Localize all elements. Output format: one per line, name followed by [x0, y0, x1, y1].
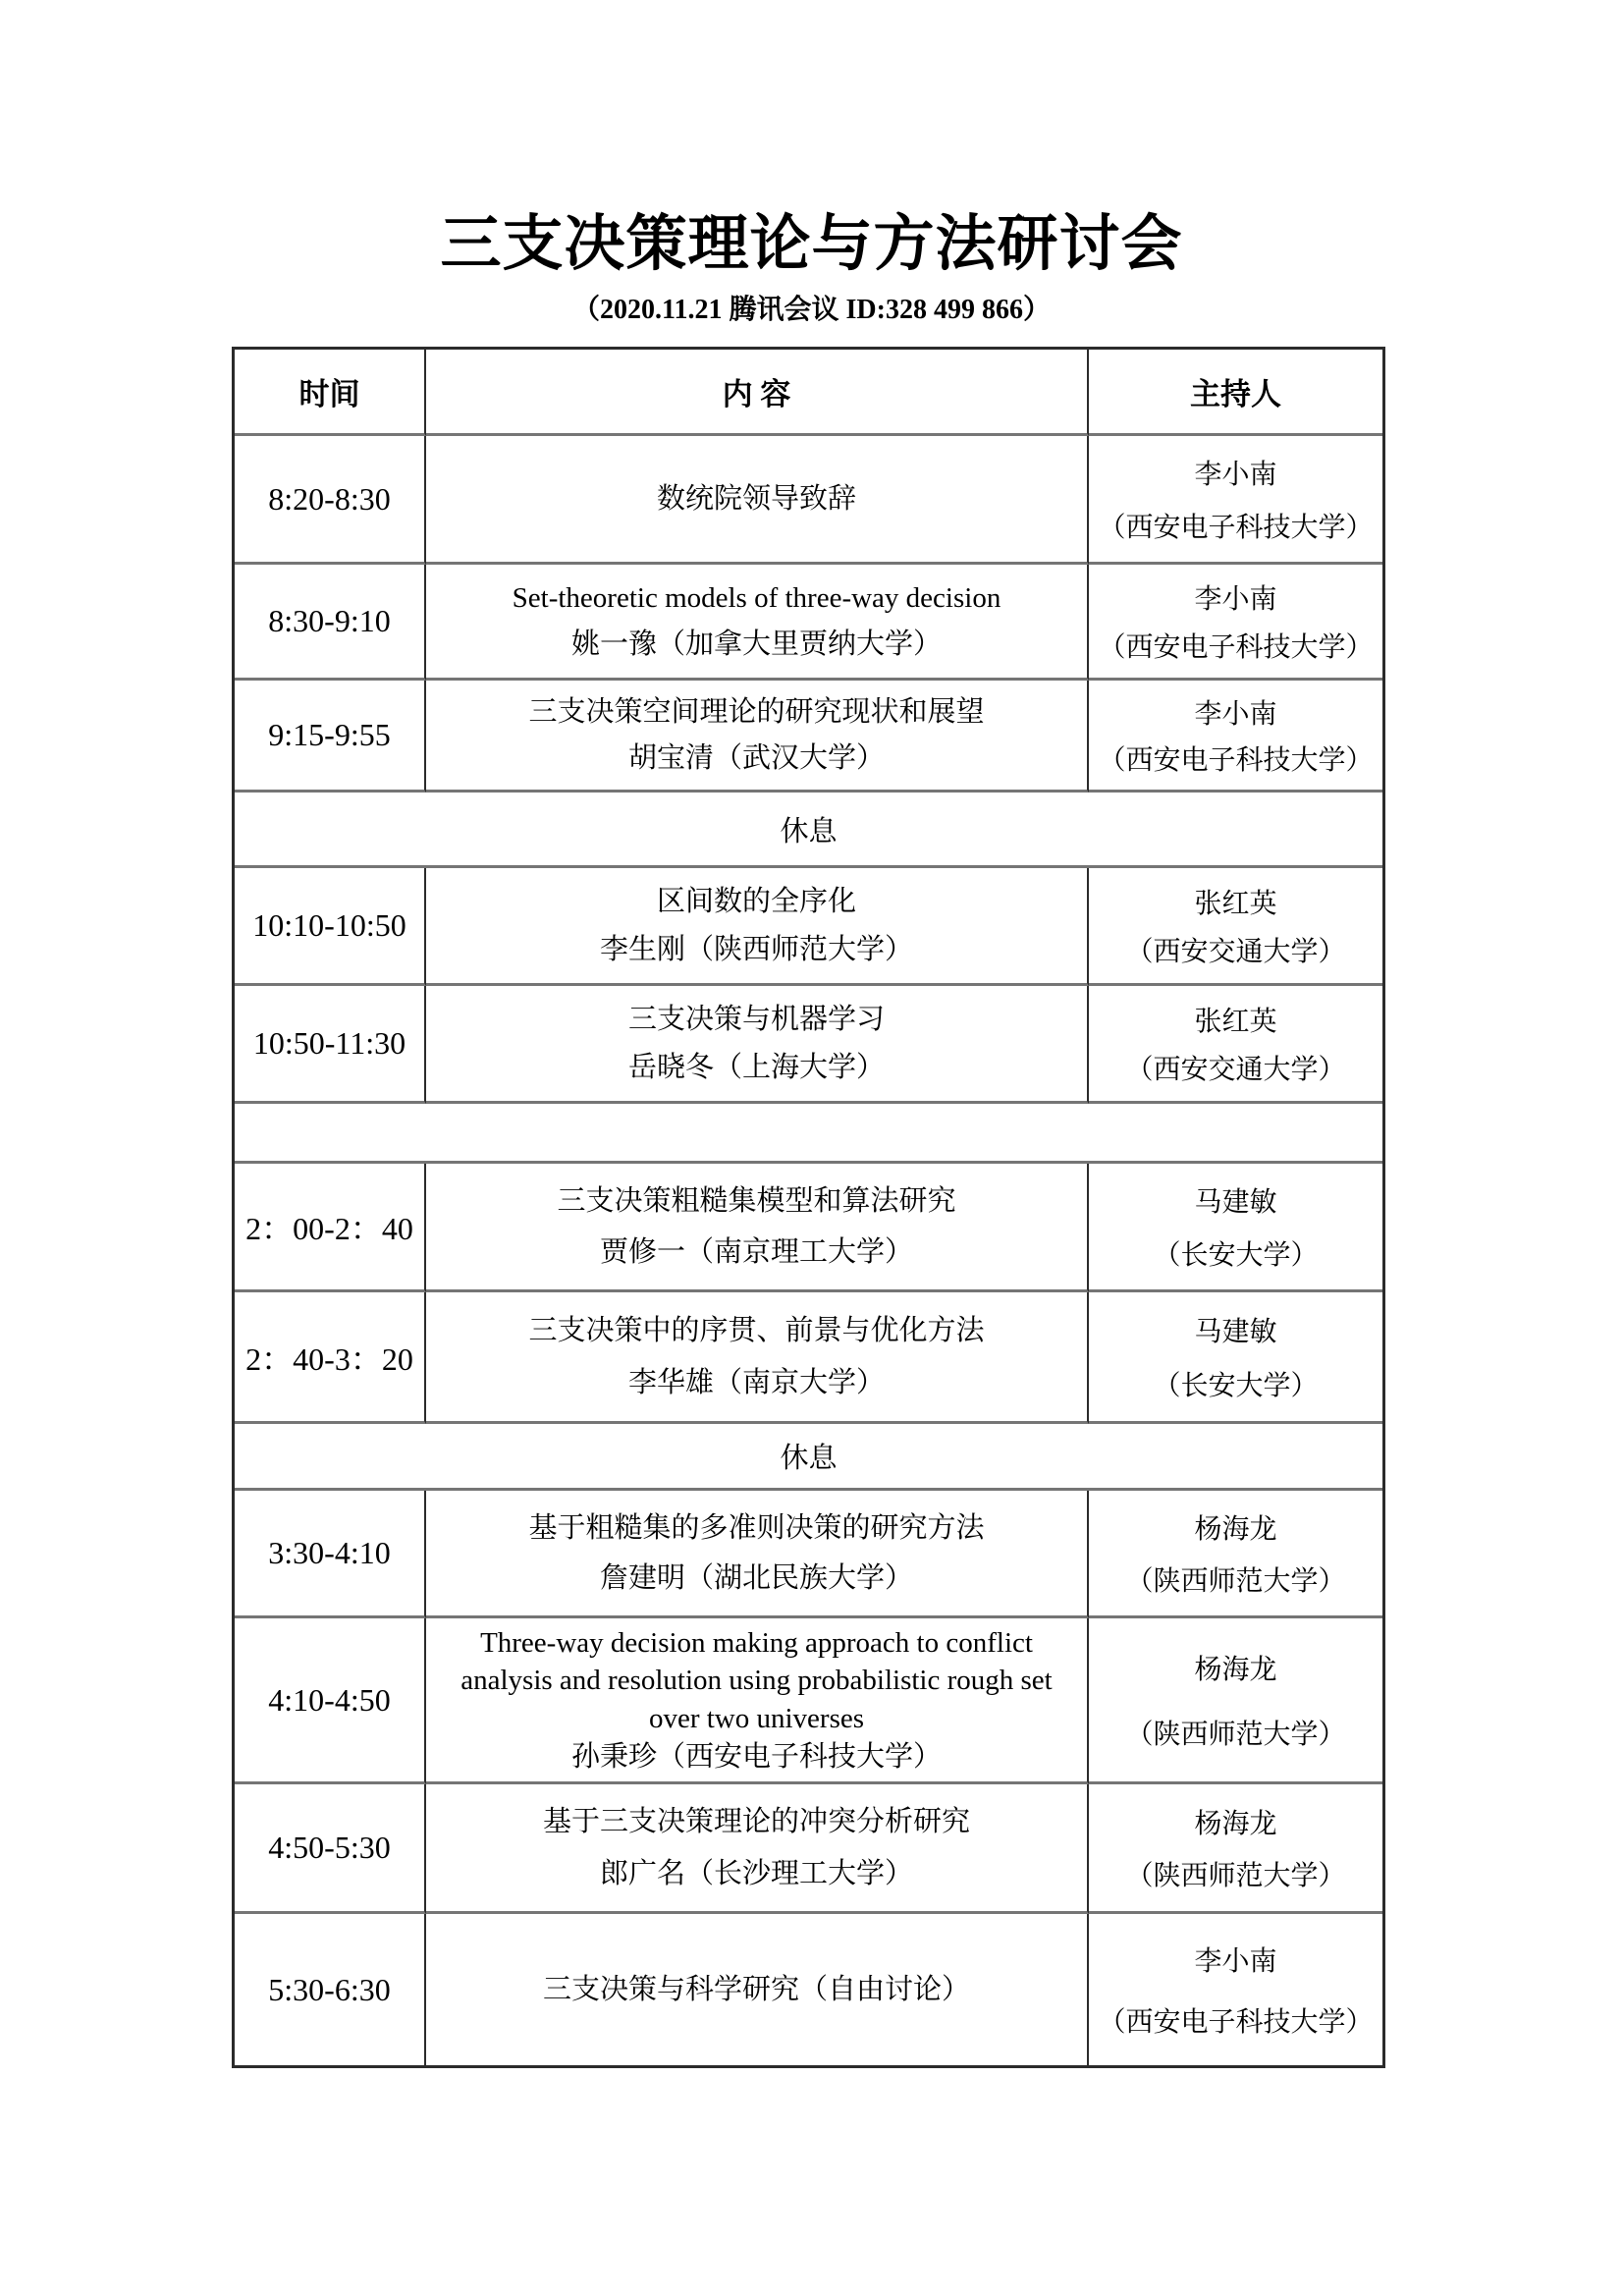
content-line: 三支决策中的序贯、前景与优化方法	[528, 1313, 984, 1348]
time-text: 4:50-5:30	[268, 1830, 390, 1866]
content-cell: 三支决策粗糙集模型和算法研究 贾修一（南京理工大学）	[426, 1164, 1089, 1292]
host-name: 李小南	[1194, 1940, 1276, 1979]
time-text: 8:20-8:30	[268, 481, 390, 518]
session-break-row: 休息	[235, 1424, 1382, 1491]
blank-row	[235, 1104, 1382, 1164]
time-text: 8:30-9:10	[268, 603, 390, 639]
content-cell: 基于三支决策理论的冲突分析研究 郎广名（长沙理工大学）	[426, 1784, 1089, 1914]
host-cell: 李小南 （西安电子科技大学）	[1089, 565, 1382, 681]
schedule-table: 时间 内 容 主持人 8:20-8:30 数统院领导致辞 李小南 （西安电子科技…	[232, 347, 1385, 2068]
host-affiliation: （西安电子科技大学）	[1098, 2000, 1373, 2040]
content-line: 三支决策空间理论的研究现状和展望	[528, 694, 984, 730]
content-cell: 三支决策与机器学习 岳晓冬（上海大学）	[426, 986, 1089, 1104]
time-cell: 5:30-6:30	[235, 1914, 426, 2065]
speaker-line: 贾修一（南京理工大学）	[600, 1234, 913, 1270]
speaker-line: 詹建明（湖北民族大学）	[600, 1560, 913, 1596]
host-name: 张红英	[1194, 1000, 1276, 1039]
time-text: 4:10-4:50	[268, 1682, 390, 1719]
content-line: 三支决策粗糙集模型和算法研究	[557, 1183, 955, 1219]
time-cell: 8:30-9:10	[235, 565, 426, 681]
speaker-line: 胡宝清（武汉大学）	[628, 740, 885, 776]
host-cell: 马建敏 （长安大学）	[1089, 1292, 1382, 1424]
session-break-row: 休息	[235, 793, 1382, 868]
time-text: 10:50-11:30	[253, 1025, 406, 1062]
speaker-line: 郎广名（长沙理工大学）	[600, 1856, 913, 1891]
time-text: 3:30-4:10	[268, 1535, 390, 1571]
header-time: 时间	[235, 350, 426, 436]
time-text: 9:15-9:55	[268, 717, 390, 753]
host-cell: 张红英 （西安交通大学）	[1089, 868, 1382, 986]
host-affiliation: （长安大学）	[1153, 1233, 1318, 1273]
content-line: over two universes	[649, 1701, 864, 1736]
speaker-line: 李生刚（陕西师范大学）	[600, 932, 913, 967]
host-affiliation: （陕西师范大学）	[1125, 1854, 1345, 1893]
host-affiliation: （陕西师范大学）	[1125, 1559, 1345, 1599]
host-name: 杨海龙	[1194, 1507, 1276, 1547]
time-cell: 2：40-3：20	[235, 1292, 426, 1424]
time-text: 2：40-3：20	[245, 1335, 413, 1380]
content-cell: Set-theoretic models of three-way decisi…	[426, 565, 1089, 681]
host-name: 马建敏	[1194, 1310, 1276, 1349]
header-host: 主持人	[1089, 350, 1382, 436]
time-cell: 4:50-5:30	[235, 1784, 426, 1914]
document-page: 三支决策理论与方法研讨会 （2020.11.21 腾讯会议 ID:328 499…	[0, 0, 1623, 2296]
host-name: 杨海龙	[1194, 1802, 1276, 1841]
content-line: 基于三支决策理论的冲突分析研究	[543, 1804, 970, 1839]
host-affiliation: （西安交通大学）	[1125, 1048, 1345, 1087]
host-affiliation: （长安大学）	[1153, 1364, 1318, 1403]
host-cell: 李小南 （西安电子科技大学）	[1089, 436, 1382, 565]
time-text: 2：00-2：40	[245, 1204, 413, 1249]
host-affiliation: （西安电子科技大学）	[1098, 738, 1373, 778]
speaker-line: 姚一豫（加拿大里贾纳大学）	[571, 627, 942, 662]
host-affiliation: （西安交通大学）	[1125, 930, 1345, 969]
time-cell: 10:50-11:30	[235, 986, 426, 1104]
host-cell: 张红英 （西安交通大学）	[1089, 986, 1382, 1104]
host-affiliation: （西安电子科技大学）	[1098, 506, 1373, 545]
host-cell: 李小南 （西安电子科技大学）	[1089, 681, 1382, 793]
host-name: 杨海龙	[1194, 1648, 1276, 1687]
time-cell: 3:30-4:10	[235, 1491, 426, 1618]
content-line: 三支决策与科学研究（自由讨论）	[543, 1972, 970, 2007]
speaker-line: 李华雄（南京大学）	[628, 1365, 885, 1400]
host-cell: 杨海龙 （陕西师范大学）	[1089, 1784, 1382, 1914]
time-cell: 4:10-4:50	[235, 1618, 426, 1784]
host-name: 李小南	[1194, 577, 1276, 617]
header-content: 内 容	[426, 350, 1089, 436]
host-cell: 杨海龙 （陕西师范大学）	[1089, 1618, 1382, 1784]
time-cell: 9:15-9:55	[235, 681, 426, 793]
content-line: 三支决策与机器学习	[628, 1002, 885, 1037]
time-cell: 2：00-2：40	[235, 1164, 426, 1292]
content-line: Set-theoretic models of three-way decisi…	[513, 580, 1001, 616]
content-cell: Three-way decision making approach to co…	[426, 1618, 1089, 1784]
content-cell: 三支决策与科学研究（自由讨论）	[426, 1914, 1089, 2065]
time-text: 10:10-10:50	[252, 907, 406, 944]
content-line: 区间数的全序化	[657, 884, 856, 919]
content-cell: 数统院领导致辞	[426, 436, 1089, 565]
page-title: 三支决策理论与方法研讨会	[0, 194, 1623, 282]
content-line: 数统院领导致辞	[657, 481, 856, 517]
host-cell: 马建敏 （长安大学）	[1089, 1164, 1382, 1292]
host-affiliation: （西安电子科技大学）	[1098, 626, 1373, 665]
time-cell: 8:20-8:30	[235, 436, 426, 565]
host-name: 张红英	[1194, 882, 1276, 921]
content-line: analysis and resolution using probabilis…	[460, 1663, 1052, 1698]
host-name: 李小南	[1194, 453, 1276, 492]
speaker-line: 孙秉珍（西安电子科技大学）	[571, 1739, 942, 1775]
host-name: 李小南	[1194, 692, 1276, 732]
host-cell: 杨海龙 （陕西师范大学）	[1089, 1491, 1382, 1618]
break-label: 休息	[780, 1436, 837, 1476]
content-cell: 三支决策空间理论的研究现状和展望 胡宝清（武汉大学）	[426, 681, 1089, 793]
host-cell: 李小南 （西安电子科技大学）	[1089, 1914, 1382, 2065]
host-name: 马建敏	[1194, 1180, 1276, 1220]
meeting-info-subtitle: （2020.11.21 腾讯会议 ID:328 499 866）	[0, 288, 1623, 327]
content-line: 基于粗糙集的多准则决策的研究方法	[528, 1510, 984, 1546]
content-line: Three-way decision making approach to co…	[480, 1625, 1033, 1661]
content-cell: 基于粗糙集的多准则决策的研究方法 詹建明（湖北民族大学）	[426, 1491, 1089, 1618]
time-text: 5:30-6:30	[268, 1972, 390, 2008]
time-cell: 10:10-10:50	[235, 868, 426, 986]
host-affiliation: （陕西师范大学）	[1125, 1713, 1345, 1752]
break-label: 休息	[780, 809, 837, 849]
content-cell: 三支决策中的序贯、前景与优化方法 李华雄（南京大学）	[426, 1292, 1089, 1424]
speaker-line: 岳晓冬（上海大学）	[628, 1050, 885, 1085]
content-cell: 区间数的全序化 李生刚（陕西师范大学）	[426, 868, 1089, 986]
